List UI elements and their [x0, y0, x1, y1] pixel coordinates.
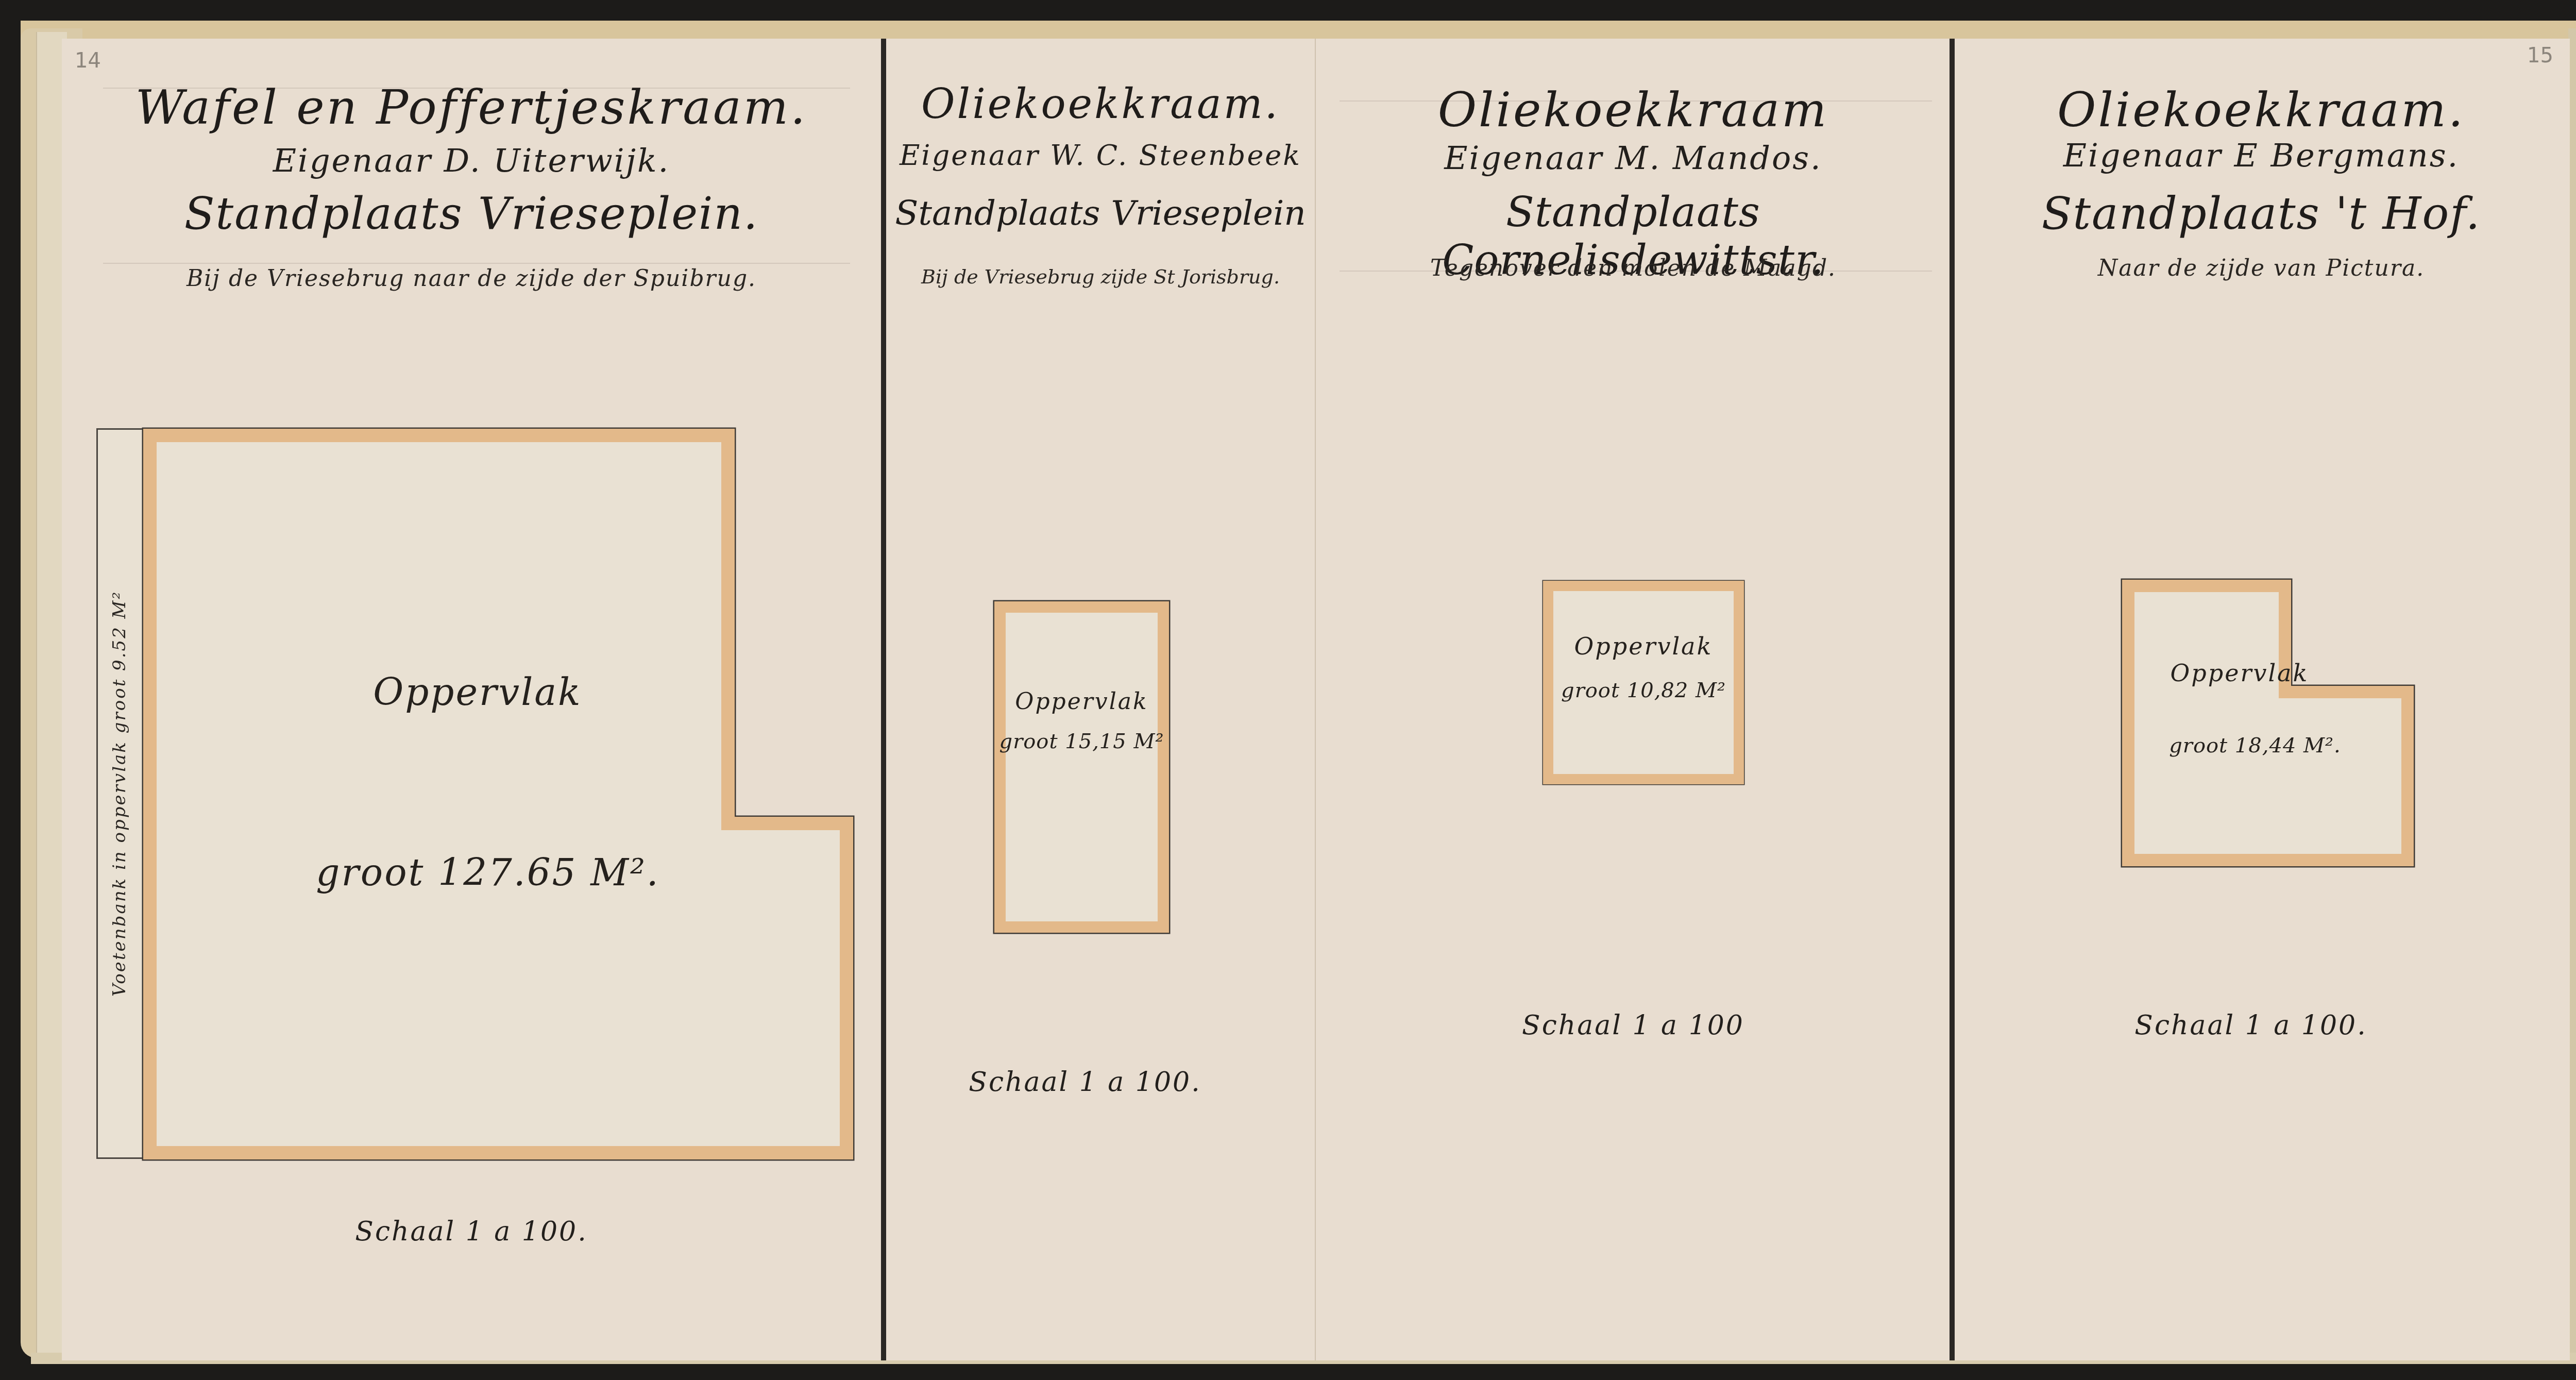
column-divider — [1950, 39, 1955, 1360]
floor-plan-bergmans: Oppervlak groot 18,44 M². — [2122, 579, 2414, 867]
stall-location: Standplaats 't Hof. — [1955, 188, 2568, 240]
stall-title: Wafel en Poffertjeskraam. — [62, 80, 881, 135]
floor-plan-mandos: Oppervlak groot 10,82 M² — [1543, 581, 1744, 784]
plan-label-line1: Oppervlak — [2065, 659, 2414, 687]
floor-plan-outline — [994, 601, 1170, 933]
stall-location: Standplaats Vrieseplein — [886, 193, 1315, 233]
stall-owner: Eigenaar W. C. Steenbeek — [886, 139, 1315, 172]
plan-label-line1: Oppervlak — [101, 670, 854, 714]
floor-plan-outline — [143, 428, 854, 1160]
scale-label: Schaal 1 a 100. — [62, 1216, 881, 1247]
scale-label: Schaal 1 a 100. — [855, 1067, 1315, 1098]
floor-plan-steenbeek: Oppervlak groot 15,15 M² — [994, 601, 1170, 933]
plan-label-line2: groot 18,44 M². — [2096, 734, 2414, 758]
plan-label-line2: groot 10,82 M² — [1543, 679, 1744, 702]
stall-owner: Eigenaar D. Uiterwijk. — [62, 142, 881, 179]
book-top-edge — [21, 21, 2576, 41]
plan-label-line1: Oppervlak — [994, 688, 1170, 715]
floor-plan-outline — [2122, 579, 2414, 867]
stall-location-note: Bij de Vriesebrug zijde St Jorisbrug. — [886, 265, 1315, 288]
stall-owner: Eigenaar E Bergmans. — [1955, 137, 2568, 174]
column-divider — [881, 39, 886, 1360]
footbench-label: Voetenbank in oppervlak groot 9.52 M² — [109, 591, 130, 997]
plan-label-line2: groot 15,15 M² — [994, 730, 1170, 753]
stall-location-note: Naar de zijde van Pictura. — [1955, 255, 2568, 281]
stall-owner: Eigenaar M. Mandos. — [1317, 139, 1950, 177]
stall-title: Oliekoekkraam — [1317, 82, 1950, 138]
plan-label-line1: Oppervlak — [1543, 632, 1744, 660]
stall-location-note: Bij de Vriesebrug naar de zijde der Spui… — [62, 265, 881, 292]
stall-location: Standplaats Vrieseplein. — [62, 188, 881, 240]
stall-location-note: Tegenover den molen de Maagd. — [1317, 255, 1950, 281]
scale-label: Schaal 1 a 100. — [1934, 1010, 2568, 1041]
floor-plan-wafel: Oppervlak groot 127.65 M². — [143, 428, 854, 1160]
stall-title: Oliekoekkraam. — [886, 80, 1315, 128]
stall-title: Oliekoekkraam. — [1955, 82, 2568, 138]
plan-label-line2: groot 127.65 M². — [122, 851, 854, 894]
scale-label: Schaal 1 a 100 — [1317, 1010, 1950, 1041]
